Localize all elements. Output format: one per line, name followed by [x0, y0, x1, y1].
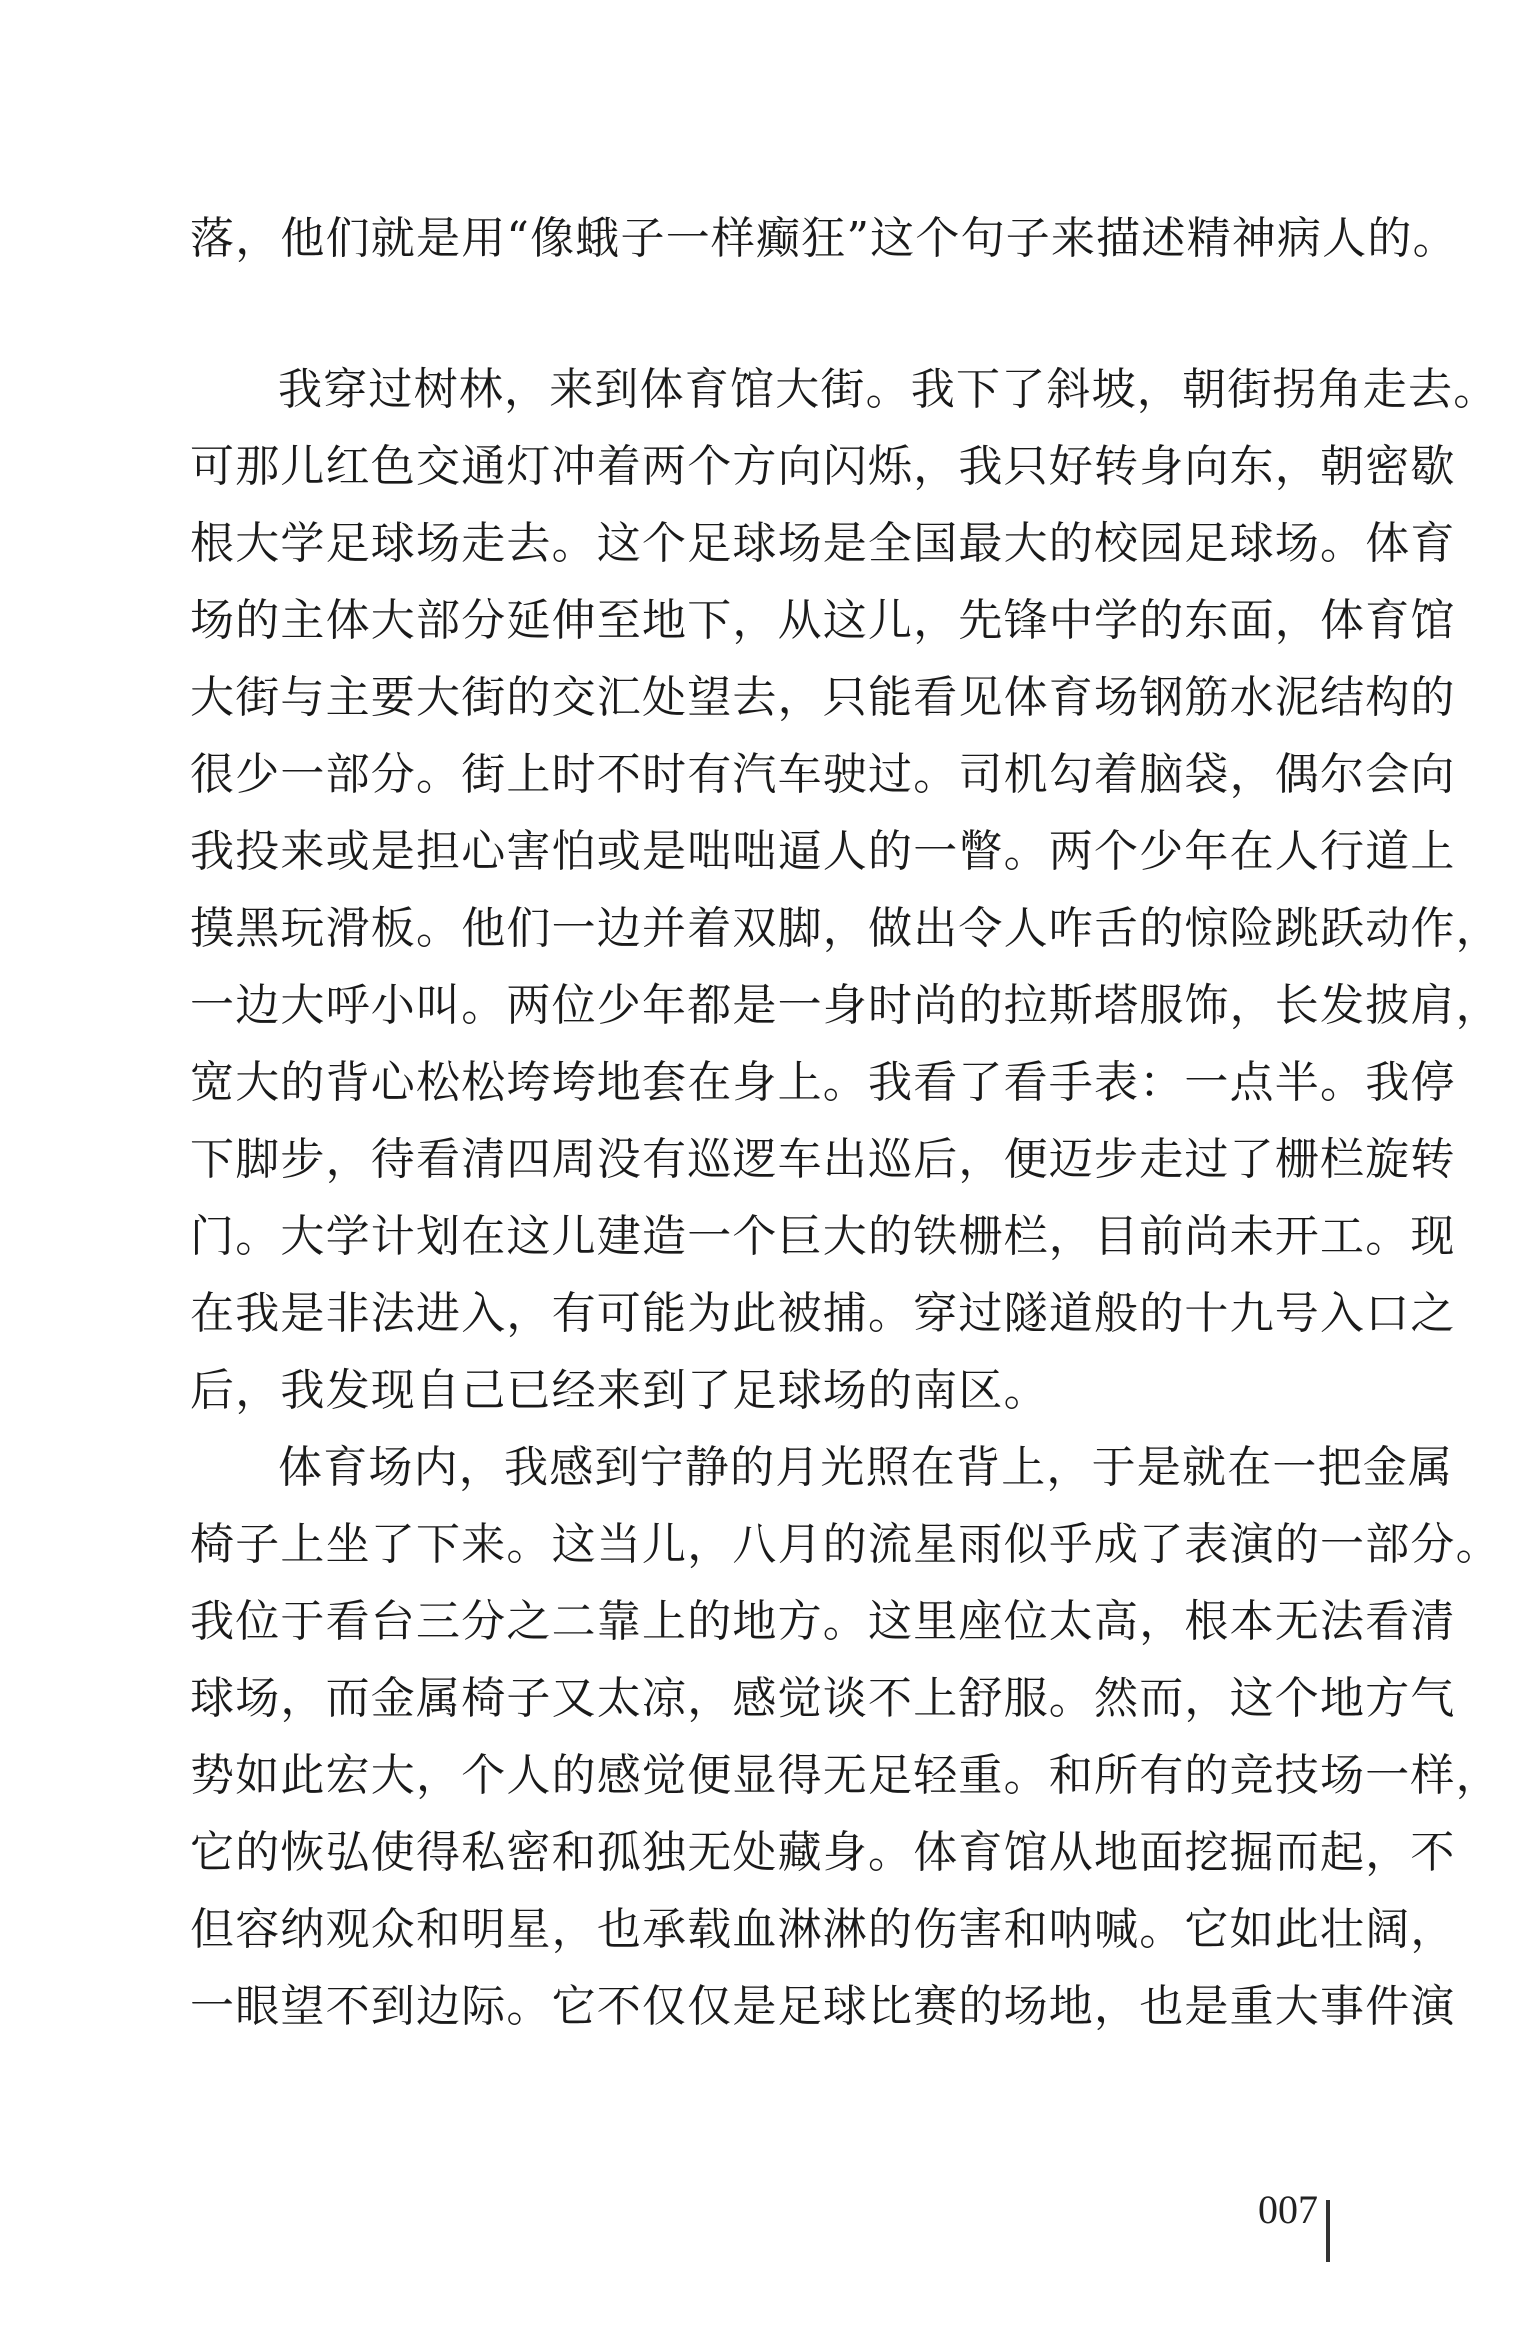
text-line: 势如此宏大，个人的感觉便显得无足轻重。和所有的竞技场一样，: [190, 1737, 1325, 1814]
text-line: 体育场内，我感到宁静的月光照在背上，于是就在一把金属: [190, 1429, 1325, 1506]
text-line: 一眼望不到边际。它不仅仅是足球比赛的场地，也是重大事件演: [190, 1968, 1325, 2045]
text-line: 但容纳观众和明星，也承载血淋淋的伤害和呐喊。它如此壮阔，: [190, 1891, 1325, 1968]
page-body: 落，他们就是用“像蛾子一样癫狂”这个句子来描述精神病人的。 我穿过树林，来到体育…: [190, 200, 1325, 2045]
text-line: 球场，而金属椅子又太凉，感觉谈不上舒服。然而，这个地方气: [190, 1660, 1325, 1737]
text-line: 它的恢弘使得私密和孤独无处藏身。体育馆从地面挖掘而起，不: [190, 1814, 1325, 1891]
paragraph: 体育场内，我感到宁静的月光照在背上，于是就在一把金属 椅子上坐了下来。这当儿，八…: [190, 1429, 1325, 2045]
paragraph: 落，他们就是用“像蛾子一样癫狂”这个句子来描述精神病人的。: [190, 200, 1325, 277]
text-line: 我投来或是担心害怕或是咄咄逼人的一瞥。两个少年在人行道上: [190, 813, 1325, 890]
text-line: 在我是非法进入，有可能为此被捕。穿过隧道般的十九号入口之: [190, 1275, 1325, 1352]
text-line: 场的主体大部分延伸至地下，从这儿，先锋中学的东面，体育馆: [190, 582, 1325, 659]
text-line: 很少一部分。街上时不时有汽车驶过。司机勾着脑袋，偶尔会向: [190, 736, 1325, 813]
text-line: 可那儿红色交通灯冲着两个方向闪烁，我只好转身向东，朝密歇: [190, 428, 1325, 505]
text-line: 我位于看台三分之二靠上的地方。这里座位太高，根本无法看清: [190, 1583, 1325, 1660]
text-line: 下脚步，待看清四周没有巡逻车出巡后，便迈步走过了栅栏旋转: [190, 1121, 1325, 1198]
text-line: 我穿过树林，来到体育馆大街。我下了斜坡，朝街拐角走去。: [190, 351, 1325, 428]
text-line: 椅子上坐了下来。这当儿，八月的流星雨似乎成了表演的一部分。: [190, 1506, 1325, 1583]
text-line: 摸黑玩滑板。他们一边并着双脚，做出令人咋舌的惊险跳跃动作，: [190, 890, 1325, 967]
text-line: 根大学足球场走去。这个足球场是全国最大的校园足球场。体育: [190, 505, 1325, 582]
text-line: 大街与主要大街的交汇处望去，只能看见体育场钢筋水泥结构的: [190, 659, 1325, 736]
paragraph-gap: [190, 277, 1325, 351]
text-line: 一边大呼小叫。两位少年都是一身时尚的拉斯塔服饰，长发披肩，: [190, 967, 1325, 1044]
paragraph: 我穿过树林，来到体育馆大街。我下了斜坡，朝街拐角走去。 可那儿红色交通灯冲着两个…: [190, 351, 1325, 1429]
text-line: 宽大的背心松松垮垮地套在身上。我看了看手表：一点半。我停: [190, 1044, 1325, 1121]
text-line: 门。大学计划在这儿建造一个巨大的铁栅栏，目前尚未开工。现: [190, 1198, 1325, 1275]
text-line: 后，我发现自己已经来到了足球场的南区。: [190, 1352, 1325, 1429]
text-line: 落，他们就是用“像蛾子一样癫狂”这个句子来描述精神病人的。: [190, 200, 1325, 277]
page-number: 007: [1258, 2186, 1318, 2233]
page-number-rule: [1326, 2200, 1330, 2262]
